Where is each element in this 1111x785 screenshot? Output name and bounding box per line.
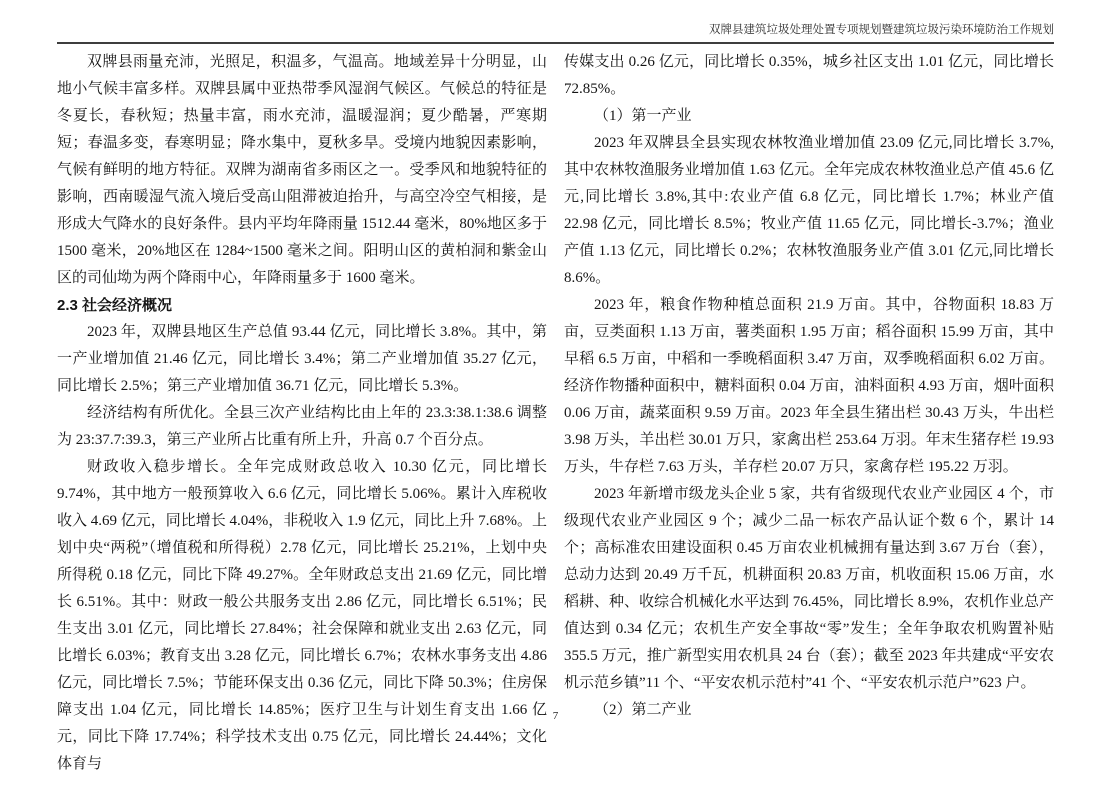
paragraph: 2023 年双牌县全县实现农林牧渔业增加值 23.09 亿元,同比增长 3.7%… xyxy=(564,130,1054,292)
right-column: 传媒支出 0.26 亿元，同比增长 0.35%，城乡社区支出 1.01 亿元，同… xyxy=(564,49,1054,778)
left-column: 双牌县雨量充沛，光照足，积温多，气温高。地域差异十分明显，山地小气候丰富多样。双… xyxy=(57,49,547,778)
paragraph: 财政收入稳步增长。全年完成财政总收入 10.30 亿元，同比增长 9.74%，其… xyxy=(57,454,547,778)
page-number: 7 xyxy=(553,710,559,722)
paragraph: 经济结构有所优化。全县三次产业结构比由上年的 23.3:38.1:38.6 调整… xyxy=(57,400,547,454)
paragraph: 2023 年，双牌县地区生产总值 93.44 亿元，同比增长 3.8%。其中，第… xyxy=(57,319,547,400)
page-header: 双牌县建筑垃圾处理处置专项规划暨建筑垃圾污染环境防治工作规划 xyxy=(57,22,1054,44)
paragraph: 2023 年新增市级龙头企业 5 家，共有省级现代农业产业园区 4 个，市级现代… xyxy=(564,481,1054,697)
section-heading: 2.3 社会经济概况 xyxy=(57,292,547,319)
page-footer: 7 xyxy=(0,710,1111,722)
paragraph: 双牌县雨量充沛，光照足，积温多，气温高。地域差异十分明显，山地小气候丰富多样。双… xyxy=(57,49,547,292)
paragraph: 2023 年，粮食作物种植总面积 21.9 万亩。其中，谷物面积 18.83 万… xyxy=(564,292,1054,481)
text-columns: 双牌县雨量充沛，光照足，积温多，气温高。地域差异十分明显，山地小气候丰富多样。双… xyxy=(57,49,1054,778)
document-page: 双牌县建筑垃圾处理处置专项规划暨建筑垃圾污染环境防治工作规划 双牌县雨量充沛，光… xyxy=(0,0,1111,785)
paragraph: 传媒支出 0.26 亿元，同比增长 0.35%，城乡社区支出 1.01 亿元，同… xyxy=(564,49,1054,103)
header-title: 双牌县建筑垃圾处理处置专项规划暨建筑垃圾污染环境防治工作规划 xyxy=(709,24,1054,36)
sub-section-heading: （1）第一产业 xyxy=(564,103,1054,130)
